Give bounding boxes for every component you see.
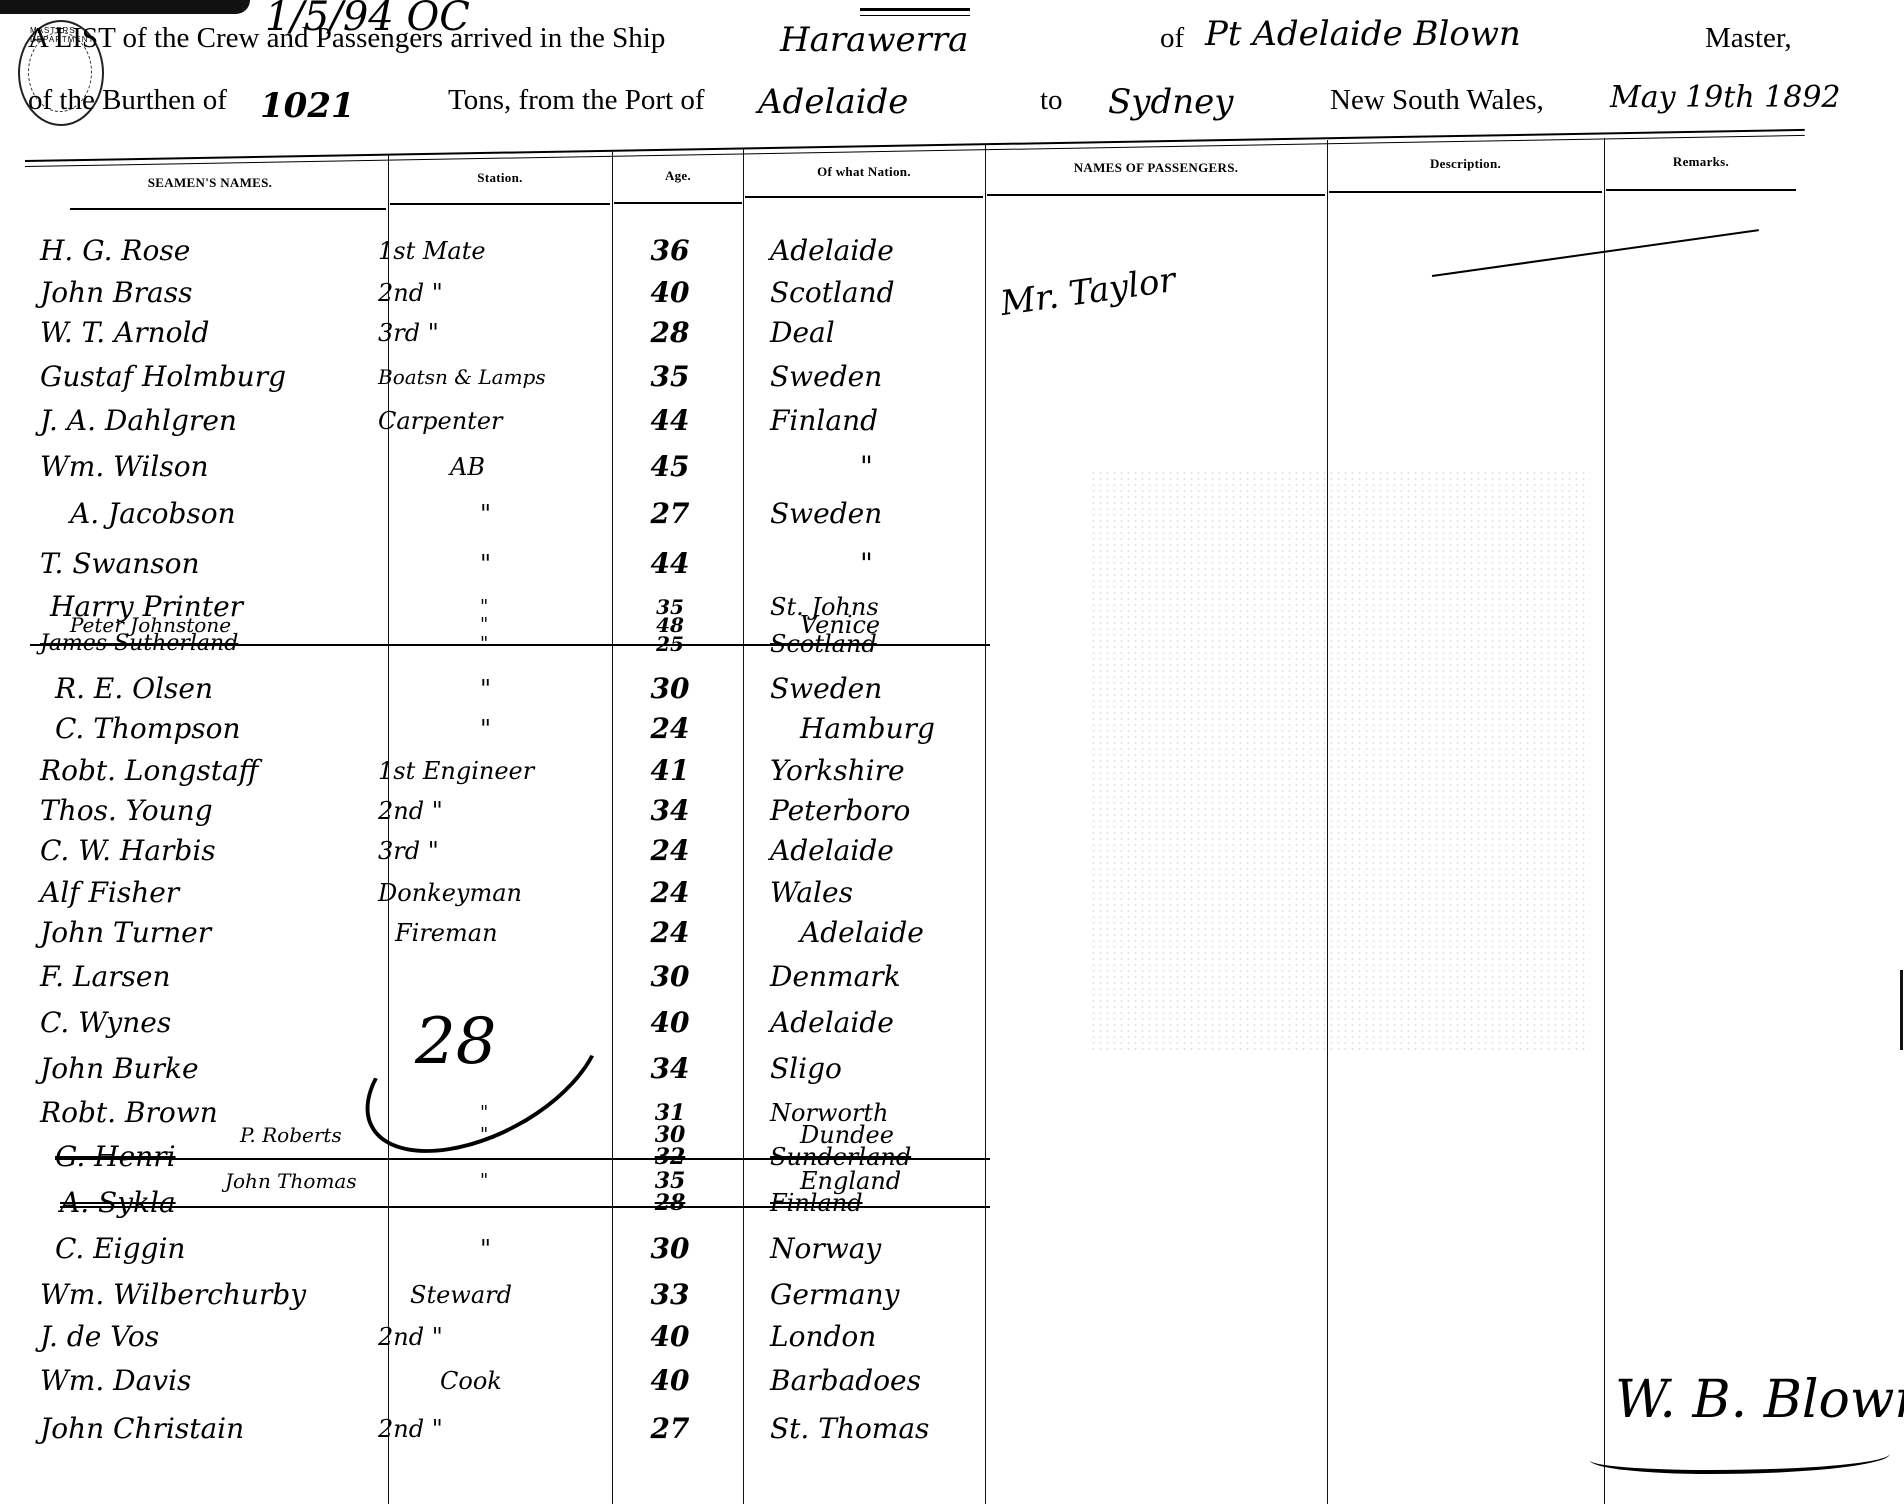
seaman-name: C. W. Harbis: [40, 832, 216, 870]
crew-row: Robt. Longstaff 1st Engineer 41 Yorkshir…: [0, 752, 1010, 790]
crew-row: Alf Fisher Donkeyman 24 Wales: [0, 874, 1010, 912]
header-underline-remarks: [1606, 189, 1796, 191]
col-header-nation: Of what Nation.: [745, 164, 983, 180]
header-underline-names: [70, 208, 386, 210]
seaman-name: Alf Fisher: [40, 874, 179, 912]
crew-row: H. G. Rose 1st Mate 36 Adelaide: [0, 232, 1010, 270]
seaman-nation: ": [860, 545, 873, 583]
header-printed-2a: of the Burthen of: [28, 84, 227, 117]
master-name: Pt Adelaide Blown: [1205, 14, 1521, 54]
seaman-age: 24: [640, 832, 700, 870]
seaman-nation: London: [770, 1318, 876, 1356]
seaman-station: 1st Mate: [378, 232, 486, 270]
seaman-age: 41: [640, 752, 700, 790]
strikethrough-line: [60, 1206, 990, 1208]
seaman-station: Donkeyman: [378, 874, 522, 912]
crew-row: R. E. Olsen " 30 Sweden: [0, 670, 1010, 708]
seaman-name: W. T. Arnold: [40, 314, 209, 352]
seaman-name: T. Swanson: [40, 545, 200, 583]
crew-row: C. W. Harbis 3rd " 24 Adelaide: [0, 832, 1010, 870]
seaman-station: 2nd ": [378, 792, 443, 830]
header-underline-age: [614, 202, 742, 204]
to-port: Sydney: [1108, 82, 1234, 122]
seaman-age: 27: [640, 495, 700, 533]
crew-row-struck: A. Sykla 28 Finland: [0, 1184, 1010, 1222]
seaman-age: 24: [640, 874, 700, 912]
seaman-age: 35: [640, 358, 700, 396]
crew-row: Wm. Davis Cook 40 Barbadoes: [0, 1362, 1010, 1400]
seaman-nation: Peterboro: [770, 792, 910, 830]
seaman-station: 3rd ": [378, 832, 439, 870]
seaman-station: Fireman: [395, 914, 498, 952]
seaman-age: 44: [640, 545, 700, 583]
seaman-name: Gustaf Holmburg: [40, 358, 286, 396]
seaman-age: 30: [640, 1230, 700, 1268]
crew-row: J. A. Dahlgren Carpenter 44 Finland: [0, 402, 1010, 440]
crew-row: Gustaf Holmburg Boatsn & Lamps 35 Sweden: [0, 358, 1010, 396]
seaman-station: ": [480, 495, 491, 533]
seaman-station: 2nd ": [378, 274, 443, 312]
seaman-age: 28: [640, 314, 700, 352]
seaman-station: 2nd ": [378, 1410, 443, 1448]
margin-stamp-number: 28: [415, 1005, 496, 1079]
passenger-name: Mr. Taylor: [998, 260, 1178, 324]
seaman-nation: Denmark: [770, 958, 901, 996]
seaman-nation: Germany: [770, 1276, 899, 1314]
seaman-name: H. G. Rose: [40, 232, 190, 270]
seaman-nation: Wales: [770, 874, 853, 912]
crew-row: C. Eiggin " 30 Norway: [0, 1230, 1010, 1268]
seaman-name: Thos. Young: [40, 792, 213, 830]
arrival-date: May 19th 1892: [1610, 80, 1841, 115]
header-underline-passengers: [987, 194, 1325, 196]
seaman-nation: Hamburg: [800, 710, 935, 748]
seaman-nation: Adelaide: [770, 232, 894, 270]
seaman-age: 28: [640, 1184, 700, 1222]
crew-row: C. Thompson " 24 Hamburg: [0, 710, 1010, 748]
seaman-nation: Sweden: [770, 670, 882, 708]
seaman-station: Carpenter: [378, 402, 503, 440]
header-printed-2d: New South Wales,: [1330, 84, 1544, 117]
seaman-station: ": [480, 710, 491, 748]
seaman-station: 2nd ": [378, 1318, 443, 1356]
ship-name: Harawerra: [780, 20, 968, 60]
seaman-nation: Sligo: [770, 1050, 842, 1088]
seaman-name: C. Eiggin: [55, 1230, 185, 1268]
crew-row: John Christain 2nd " 27 St. Thomas: [0, 1410, 1010, 1448]
col-header-age: Age.: [614, 168, 742, 184]
seaman-name: Robt. Longstaff: [40, 752, 258, 790]
seaman-station: ": [480, 1230, 491, 1268]
seaman-station: ": [480, 545, 491, 583]
scan-edge: [0, 0, 250, 14]
seaman-name: A. Jacobson: [70, 495, 236, 533]
seaman-station: 1st Engineer: [378, 752, 534, 790]
seaman-age: 44: [640, 402, 700, 440]
seaman-nation: Finland: [770, 1184, 863, 1222]
divider-remarks: [1604, 138, 1605, 1504]
seaman-age: 24: [640, 710, 700, 748]
seaman-name: John Turner: [40, 914, 211, 952]
header-printed-1b: of: [1160, 22, 1184, 55]
seaman-age: 34: [640, 792, 700, 830]
seaman-nation: ": [860, 448, 873, 486]
bleed-through-speckle: [1090, 470, 1590, 1050]
tonnage: 1021: [260, 86, 355, 126]
seaman-nation: Sweden: [770, 495, 882, 533]
col-header-passengers: NAMES OF PASSENGERS.: [987, 160, 1325, 176]
crew-row: Thos. Young 2nd " 34 Peterboro: [0, 792, 1010, 830]
from-port: Adelaide: [758, 82, 908, 122]
seaman-name: Wm. Wilson: [40, 448, 209, 486]
seaman-nation: St. Thomas: [770, 1410, 929, 1448]
seaman-age: 33: [640, 1276, 700, 1314]
seaman-name: C. Wynes: [40, 1004, 171, 1042]
seaman-age: 34: [640, 1050, 700, 1088]
seaman-age: 30: [640, 958, 700, 996]
seaman-age: 45: [640, 448, 700, 486]
top-rule: [860, 8, 970, 16]
seaman-station: ": [480, 670, 491, 708]
crew-row: A. Jacobson " 27 Sweden: [0, 495, 1010, 533]
header-underline-station: [390, 203, 610, 205]
header-printed-1c: Master,: [1705, 22, 1792, 55]
seaman-name: F. Larsen: [40, 958, 171, 996]
seaman-station: Steward: [410, 1276, 512, 1314]
seaman-name: C. Thompson: [55, 710, 241, 748]
seaman-nation: Adelaide: [770, 1004, 894, 1042]
seaman-nation: Yorkshire: [770, 752, 905, 790]
strikethrough-line: [30, 644, 990, 646]
seaman-name: Wm. Wilberchurby: [40, 1276, 306, 1314]
signature-flourish: [1590, 1440, 1890, 1474]
seaman-nation: Sweden: [770, 358, 882, 396]
header-underline-description: [1329, 191, 1602, 193]
seaman-name: A. Sykla: [60, 1184, 176, 1222]
header-printed-2b: Tons, from the Port of: [448, 84, 705, 117]
header-printed-2c: to: [1040, 84, 1063, 117]
crew-row: J. de Vos 2nd " 40 London: [0, 1318, 1010, 1356]
col-header-seamens-names: SEAMEN'S NAMES.: [40, 175, 380, 191]
seaman-age: 40: [640, 274, 700, 312]
seaman-station: 3rd ": [378, 314, 439, 352]
seaman-nation: Adelaide: [800, 914, 924, 952]
seaman-age: 40: [640, 1362, 700, 1400]
seaman-name: Wm. Davis: [40, 1362, 191, 1400]
seaman-nation: Scotland: [770, 274, 895, 312]
col-header-station: Station.: [390, 170, 610, 186]
seaman-age: 24: [640, 914, 700, 952]
seaman-age: 40: [640, 1004, 700, 1042]
crew-row: T. Swanson " 44 ": [0, 545, 1010, 583]
seaman-nation: Finland: [770, 402, 878, 440]
seaman-age: 36: [640, 232, 700, 270]
seaman-station: Cook: [440, 1362, 502, 1400]
crew-row: Wm. Wilson AB 45 ": [0, 448, 1010, 486]
seaman-name: John Burke: [40, 1050, 199, 1088]
description-dash-line: [1432, 229, 1759, 277]
seaman-age: 30: [640, 670, 700, 708]
right-edge-mark: [1900, 970, 1903, 1050]
crew-row: John Brass 2nd " 40 Scotland: [0, 274, 1010, 312]
seaman-nation: Deal: [770, 314, 835, 352]
header-underline-nation: [745, 196, 983, 198]
seaman-station: Boatsn & Lamps: [378, 358, 546, 396]
seaman-name: John Christain: [40, 1410, 244, 1448]
strikethrough-line: [55, 1158, 990, 1160]
seaman-name: John Brass: [40, 274, 192, 312]
seaman-name: J. A. Dahlgren: [40, 402, 237, 440]
master-signature: W. B. Blown: [1615, 1370, 1904, 1430]
seaman-nation: Barbadoes: [770, 1362, 921, 1400]
seaman-age: 27: [640, 1410, 700, 1448]
seaman-age: 40: [640, 1318, 700, 1356]
crew-row: W. T. Arnold 3rd " 28 Deal: [0, 314, 1010, 352]
crew-row: Wm. Wilberchurby Steward 33 Germany: [0, 1276, 1010, 1314]
seaman-name: R. E. Olsen: [55, 670, 213, 708]
crew-row: John Turner Fireman 24 Adelaide: [0, 914, 1010, 952]
seaman-station: AB: [450, 448, 485, 486]
col-header-remarks: Remarks.: [1606, 154, 1796, 170]
seaman-nation: Adelaide: [770, 832, 894, 870]
seaman-nation: Norway: [770, 1230, 881, 1268]
col-header-description: Description.: [1329, 156, 1602, 172]
seaman-name: J. de Vos: [40, 1318, 159, 1356]
header-printed-1a: A LIST of the Crew and Passengers arrive…: [28, 22, 665, 55]
